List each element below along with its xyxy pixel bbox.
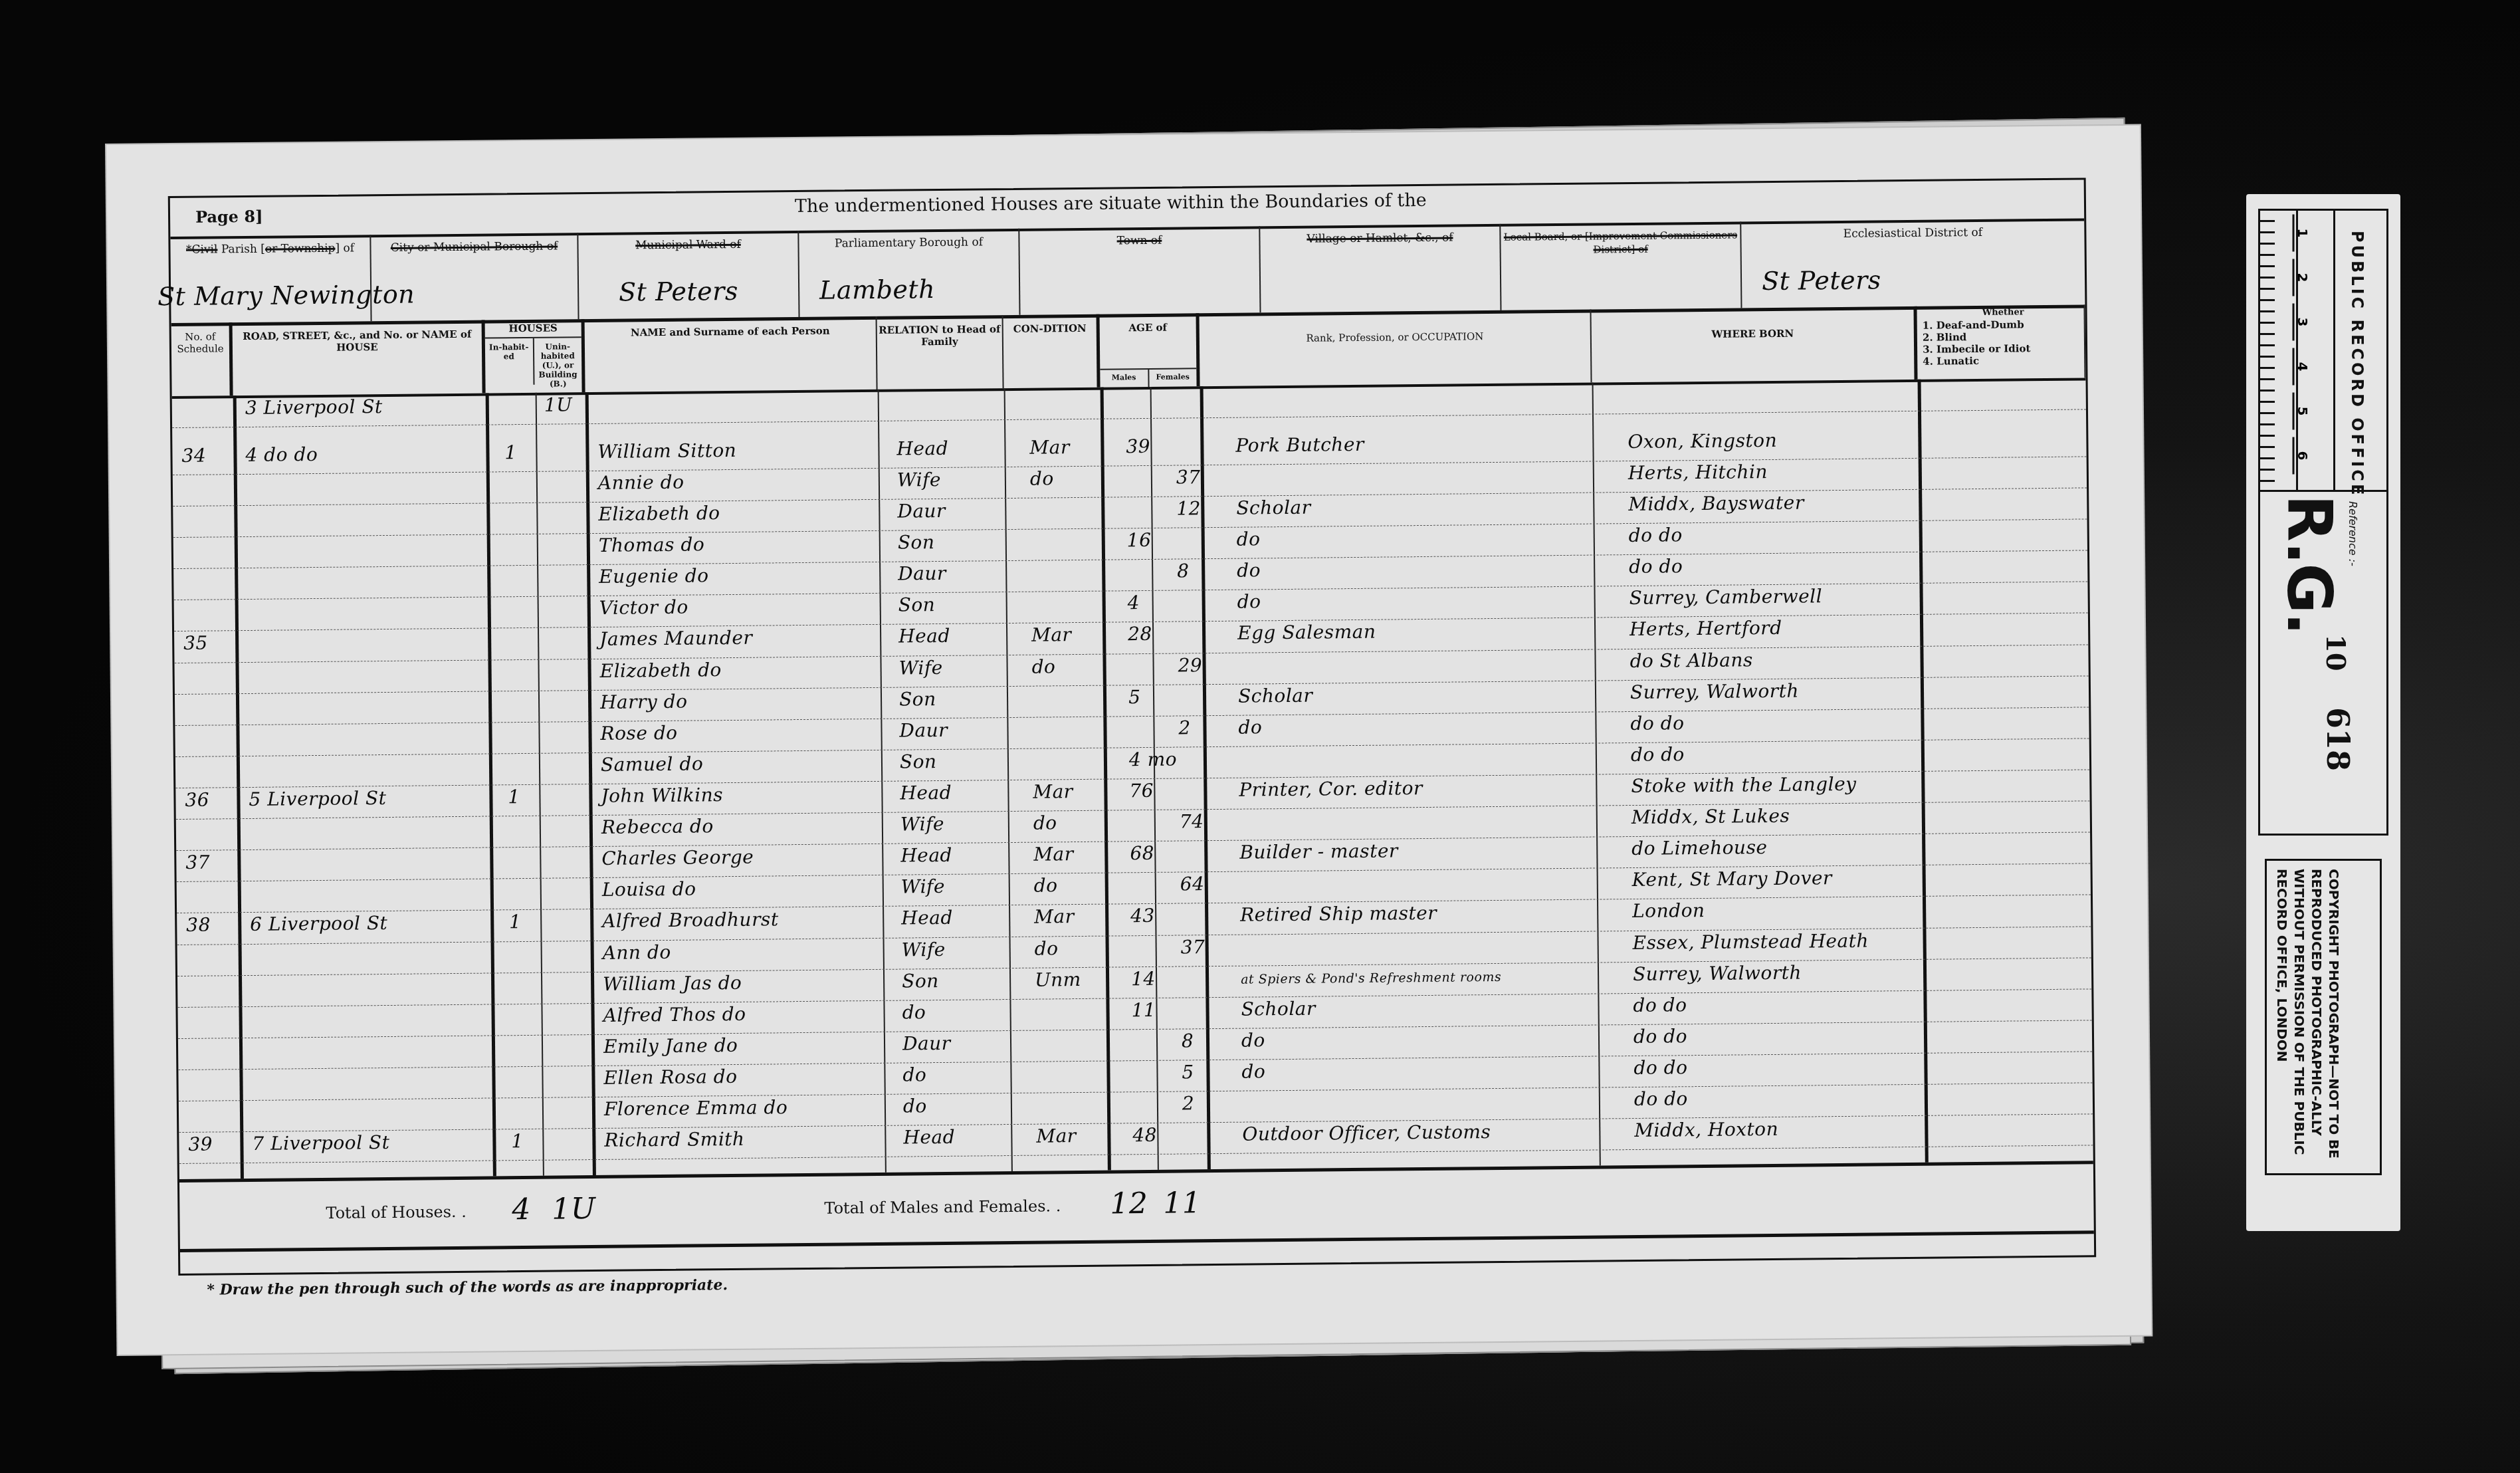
cell-born: Kent, St Mary Dover — [1632, 867, 1833, 891]
boundary-local-board: Local Board, or [Improvement Commissione… — [1501, 221, 1742, 310]
total-females: 11 — [1163, 1186, 1201, 1220]
boundary-civil-parish: *Civil Parish [or Township] of St Mary N… — [170, 235, 371, 323]
cell-schedule: 36 — [185, 789, 209, 811]
cell-condition: do — [1035, 937, 1059, 959]
cell-name: Eugenie do — [599, 564, 709, 588]
cell-born: do St Albans — [1629, 649, 1753, 672]
cell-name: Victor do — [599, 596, 688, 619]
cell-female-age: 5 — [1182, 1061, 1194, 1083]
cell-relation: Wife — [900, 813, 945, 836]
cell-occupation: do — [1237, 560, 1261, 582]
cell-occupation: Egg Salesman — [1237, 621, 1376, 644]
cell-relation: Son — [898, 531, 935, 554]
office-name: PUBLIC RECORD OFFICE — [2348, 231, 2366, 497]
cell-relation: Daur — [898, 562, 946, 585]
cell-condition: Mar — [1029, 436, 1070, 459]
page-number: Page 8] — [195, 207, 263, 227]
cell-condition: Mar — [1033, 780, 1073, 803]
cell-name: Alfred Thos do — [603, 1003, 746, 1026]
total-houses-uninhabited: 1U — [552, 1192, 596, 1226]
col-infirmity: Whether 1. Deaf-and-Dumb 2. Blind 3. Imb… — [1917, 304, 2085, 379]
cell-relation: Daur — [899, 719, 948, 742]
cell-male-age: 76 — [1129, 780, 1154, 802]
cell-female-age: 37 — [1180, 936, 1205, 958]
reference-series: R.G. — [2273, 495, 2345, 634]
col-name: NAME and Surname of each Person — [585, 316, 878, 392]
cell-born: do do — [1629, 555, 1683, 578]
boundary-city: City or Municipal Borough of — [371, 233, 579, 321]
cell-female-age: 8 — [1182, 1030, 1194, 1052]
cell-road: 6 Liverpool St — [250, 912, 387, 935]
cell-inhabited: 1 — [509, 911, 522, 933]
col-houses: HOUSES In-habit-ed Unin-habited (U.), or… — [485, 319, 585, 393]
boundary-parliamentary-borough: Parliamentary Borough of Lambeth — [799, 229, 1020, 317]
cell-female-age: 8 — [1177, 560, 1190, 582]
col-relation: RELATION to Head of Family — [877, 315, 1004, 390]
col-road: ROAD, STREET, &c., and No. or NAME of HO… — [233, 320, 486, 396]
reference-folio: 618 — [2320, 707, 2356, 771]
cell-occupation: Builder - master — [1239, 840, 1398, 863]
cell-name: Florence Emma do — [604, 1096, 788, 1120]
cell-schedule: 37 — [185, 851, 210, 873]
col-age: AGE of Males Females — [1100, 313, 1200, 387]
reference-piece: 10 — [2320, 634, 2351, 671]
cell-relation: Son — [898, 594, 936, 616]
cell-name: William Jas do — [603, 972, 742, 995]
cell-name: Charles George — [601, 846, 754, 869]
cell-relation: Son — [900, 750, 937, 773]
cell-relation: Head — [901, 907, 953, 929]
cell-road: 4 do do — [245, 443, 318, 466]
cell-uninhabited: 1U — [544, 394, 573, 415]
cell-born: Essex, Plumstead Heath — [1632, 929, 1869, 953]
cell-female-age: 74 — [1180, 810, 1204, 832]
cell-born: London — [1632, 899, 1705, 922]
cell-female-age: 2 — [1182, 1093, 1195, 1115]
cell-born: do do — [1633, 1025, 1687, 1048]
cell-male-age: 43 — [1130, 905, 1155, 927]
cell-relation: Daur — [902, 1032, 951, 1055]
boundary-town: Town of — [1019, 226, 1261, 314]
cell-male-age: 11 — [1131, 999, 1156, 1021]
cell-road: 7 Liverpool St — [252, 1131, 389, 1155]
cell-relation: Head — [898, 625, 950, 647]
cell-condition: Mar — [1033, 843, 1074, 865]
cell-occupation: do — [1241, 1029, 1265, 1051]
form-banner: The undermentioned Houses are situate wi… — [795, 190, 1427, 217]
cell-relation: Wife — [901, 875, 946, 898]
reference-box: R.G. Reference :- 10 618 — [2258, 488, 2388, 836]
total-houses-inhabited: 4 — [512, 1192, 531, 1226]
cell-condition: Unm — [1035, 968, 1081, 991]
ward-value: St Peters — [619, 277, 738, 307]
cell-male-age: 39 — [1126, 435, 1150, 457]
copyright-box: COPYRIGHT PHOTOGRAPH—NOT TO BE REPRODUCE… — [2265, 859, 2382, 1175]
cell-name: Elizabeth do — [599, 659, 722, 682]
cell-name: Alfred Broadhurst — [602, 909, 779, 933]
reference-strip: 1 2 3 4 5 6 PUBLIC RECORD OFFICE R.G. Re… — [2246, 194, 2400, 1231]
col-where-born: WHERE BORN — [1591, 306, 1917, 383]
cell-female-age: 12 — [1176, 497, 1201, 519]
cell-name: Rose do — [600, 722, 677, 744]
cell-name: Rebecca do — [601, 815, 714, 838]
cell-relation: Son — [902, 970, 939, 992]
cell-condition: do — [1033, 812, 1057, 834]
cell-schedule: 34 — [181, 444, 206, 466]
cell-relation: Son — [899, 688, 936, 711]
cell-born: Oxon, Kingston — [1627, 429, 1777, 453]
cell-relation: Head — [903, 1126, 955, 1149]
ecclesiastical-value: St Peters — [1762, 265, 1881, 296]
cell-name: Elizabeth do — [598, 502, 720, 525]
cell-born: do do — [1633, 1056, 1687, 1079]
cell-male-age: 16 — [1127, 529, 1152, 551]
cell-relation: Wife — [897, 469, 942, 491]
cell-born: do do — [1629, 524, 1683, 546]
cell-female-age: 64 — [1180, 873, 1205, 895]
cell-inhabited: 1 — [504, 441, 517, 463]
cell-occupation: Scholar — [1241, 997, 1316, 1020]
cell-male-age: 48 — [1132, 1124, 1157, 1146]
cell-born: Middx, Hoxton — [1634, 1118, 1778, 1141]
cell-relation: Head — [896, 437, 948, 460]
total-persons-label: Total of Males and Females. . — [824, 1196, 1061, 1217]
reference-label: Reference :- — [2347, 501, 2359, 566]
cell-female-age: 29 — [1178, 654, 1202, 676]
cell-occupation: do — [1237, 591, 1261, 613]
cell-born: Middx, Bayswater — [1628, 491, 1804, 515]
cell-occupation: Outdoor Officer, Customs — [1242, 1121, 1491, 1145]
cell-relation: do — [902, 1064, 926, 1085]
cell-name: Ann do — [603, 941, 671, 963]
copyright-notice: COPYRIGHT PHOTOGRAPH—NOT TO BE REPRODUCE… — [2273, 869, 2343, 1161]
boundary-municipal-ward: Municipal Ward of St Peters — [578, 231, 799, 319]
cell-born: do do — [1633, 994, 1687, 1016]
total-males: 12 — [1110, 1187, 1148, 1221]
cell-born: Middx, St Lukes — [1631, 805, 1790, 828]
cell-born: Herts, Hertford — [1629, 617, 1782, 640]
cell-name: Louisa do — [602, 878, 696, 901]
cell-road: 3 Liverpool St — [245, 396, 383, 419]
cell-occupation: do — [1237, 528, 1261, 550]
cell-condition: Mar — [1034, 906, 1075, 929]
cell-occupation: do — [1241, 1060, 1265, 1082]
cell-relation: Daur — [897, 500, 946, 522]
col-occupation: Rank, Profession, or OCCUPATION — [1200, 310, 1592, 387]
cell-occupation: Pork Butcher — [1235, 433, 1364, 457]
cell-born: do do — [1630, 712, 1684, 735]
cell-name: Emily Jane do — [603, 1034, 738, 1058]
cell-name: John Wilkins — [601, 784, 723, 807]
cell-relation: Head — [900, 844, 952, 867]
borough-value: Lambeth — [819, 275, 935, 305]
cell-male-age: 68 — [1130, 842, 1154, 864]
cell-condition: do — [1030, 467, 1054, 489]
boundary-village: Village or Hamlet, &c., of — [1260, 224, 1501, 312]
cell-road: 5 Liverpool St — [249, 787, 386, 810]
cell-male-age: 4 mo — [1129, 748, 1177, 770]
cell-name: Thomas do — [599, 533, 705, 556]
cell-occupation: Scholar — [1236, 497, 1311, 519]
cell-condition: Mar — [1031, 623, 1072, 646]
cell-inhabited: 1 — [511, 1130, 524, 1152]
cell-born: do Limehouse — [1631, 836, 1768, 859]
cell-inhabited: 1 — [508, 786, 520, 808]
cell-female-age: 2 — [1178, 717, 1191, 738]
cell-condition: do — [1034, 875, 1058, 897]
cell-relation: Wife — [898, 656, 943, 679]
cell-relation: Head — [900, 782, 952, 804]
col-condition: CON-DITION — [1003, 314, 1101, 388]
cell-condition: do — [1031, 655, 1055, 677]
cell-born: Surrey, Walworth — [1630, 679, 1799, 703]
cell-occupation: at Spiers & Pond's Refreshment rooms — [1241, 970, 1501, 987]
scale-frame: 1 2 3 4 5 6 PUBLIC RECORD OFFICE — [2258, 209, 2388, 492]
cell-occupation: Scholar — [1238, 684, 1313, 707]
cell-born: Surrey, Walworth — [1633, 961, 1802, 984]
boundary-ecclesiastical-district: Ecclesiastical District of St Peters — [1741, 218, 2085, 308]
cell-name: Richard Smith — [604, 1128, 744, 1151]
cell-born: do do — [1634, 1087, 1688, 1110]
cell-male-age: 28 — [1128, 623, 1152, 645]
cell-name: Annie do — [598, 471, 684, 493]
cell-born: Surrey, Camberwell — [1629, 586, 1822, 610]
cell-male-age: 5 — [1128, 686, 1141, 708]
cell-relation: Wife — [902, 939, 946, 961]
census-form: Page 8] The undermentioned Houses are si… — [168, 177, 2096, 1276]
cell-female-age: 37 — [1176, 466, 1201, 488]
cell-name: William Sitton — [597, 439, 736, 463]
total-houses-label: Total of Houses. . — [326, 1202, 467, 1222]
cell-occupation: do — [1238, 716, 1262, 738]
cell-male-age: 4 — [1128, 592, 1140, 614]
scale-numbers: 1 2 3 4 5 6 — [2296, 211, 2335, 490]
cell-condition: Mar — [1036, 1125, 1077, 1147]
cell-name: Samuel do — [601, 752, 703, 775]
cell-occupation: Retired Ship master — [1240, 902, 1437, 926]
footnote: * Draw the pen through such of the words… — [207, 1276, 728, 1299]
census-entries: 3 Liverpool St1U344 do do1William Sitton… — [172, 378, 2093, 1179]
cell-relation: do — [902, 1001, 926, 1023]
cell-occupation: Printer, Cor. editor — [1239, 777, 1423, 801]
cell-born: do do — [1631, 743, 1685, 766]
cell-schedule: 38 — [186, 914, 211, 936]
cell-relation: do — [903, 1095, 927, 1117]
cell-name: Ellen Rosa do — [603, 1066, 737, 1089]
col-schedule: No. of Schedule — [171, 322, 233, 396]
cell-born: Stoke with the Langley — [1631, 773, 1856, 797]
cell-name: James Maunder — [599, 627, 752, 650]
cell-male-age: 14 — [1131, 968, 1156, 990]
cell-schedule: 39 — [188, 1133, 213, 1155]
census-sheet: Page 8] The undermentioned Houses are si… — [106, 126, 2151, 1355]
cell-born: Herts, Hitchin — [1628, 461, 1768, 484]
cell-name: Harry do — [600, 690, 688, 713]
cell-schedule: 35 — [183, 632, 208, 654]
